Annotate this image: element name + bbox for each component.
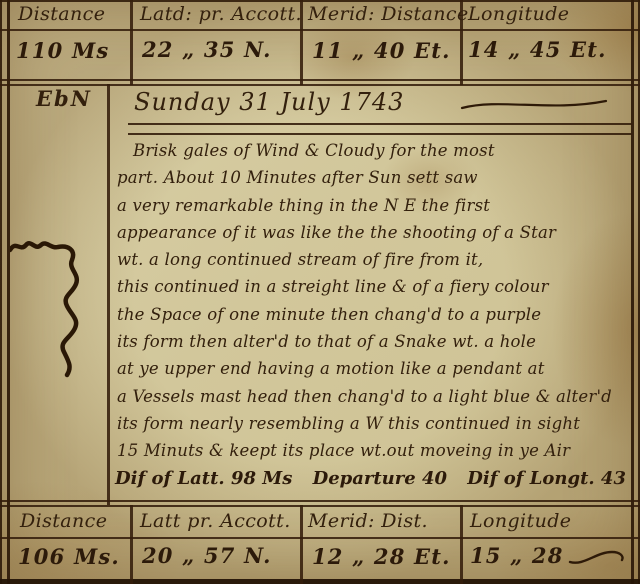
bottom-latitude-header: Latt pr. Accott. xyxy=(140,510,291,532)
top-longitude-value: 14 „ 45 Et. xyxy=(468,37,607,62)
bottom-table-top-rule-b xyxy=(0,505,640,507)
journal-line: wt. a long continued stream of fire from… xyxy=(117,250,633,277)
top-table-bottom-rule-a xyxy=(0,79,640,81)
bottom-longitude-header: Longitude xyxy=(470,510,571,532)
journal-line: a very remarkable thing in the N E the f… xyxy=(117,196,633,223)
top-meridian-header: Merid: Distance xyxy=(308,3,469,25)
journal-line: its form then alter'd to that of a Snake… xyxy=(117,332,633,359)
snake-sketch xyxy=(10,236,108,386)
top-distance-value: 110 Ms xyxy=(16,38,109,63)
bottom-table-divider-2 xyxy=(300,505,303,584)
longitude-flourish-icon xyxy=(568,548,628,568)
bottom-latitude-value: 20 „ 57 N. xyxy=(142,543,272,568)
journal-entry: Brisk gales of Wind & Cloudy for the mos… xyxy=(117,141,633,469)
dif-of-latitude: Dif of Latt. 98 Ms xyxy=(115,468,292,489)
logbook-page: Distance Latd: pr. Accott. Merid: Distan… xyxy=(0,0,640,584)
top-table-divider-1 xyxy=(130,0,133,85)
bottom-table-divider-1 xyxy=(130,505,133,584)
journal-line: a Vessels mast head then chang'd to a li… xyxy=(117,387,633,414)
journal-line: appearance of it was like the the shooti… xyxy=(117,223,633,250)
journal-line: the Space of one minute then chang'd to … xyxy=(117,305,633,332)
journal-line: part. About 10 Minutes after Sun sett sa… xyxy=(117,168,633,195)
journal-line: at ye upper end having a motion like a p… xyxy=(117,359,633,386)
departure: Departure 40 xyxy=(313,468,447,489)
top-latitude-header: Latd: pr. Accott. xyxy=(140,3,302,25)
bottom-table-header-rule xyxy=(0,537,640,539)
bottom-distance-header: Distance xyxy=(20,510,107,532)
page-border-bottom xyxy=(0,577,640,584)
date-flourish-icon xyxy=(460,96,610,114)
date-underline xyxy=(128,123,632,135)
journal-line: Brisk gales of Wind & Cloudy for the mos… xyxy=(117,141,633,168)
day-summary: Dif of Latt. 98 Ms Departure 40 Dif of L… xyxy=(115,468,626,489)
dif-of-longitude: Dif of Longt. 43 xyxy=(467,468,626,489)
bottom-meridian-header: Merid: Dist. xyxy=(308,510,428,532)
bottom-distance-value: 106 Ms. xyxy=(18,544,120,569)
bottom-table-divider-3 xyxy=(460,505,463,584)
bottom-meridian-value: 12 „ 28 Et. xyxy=(312,544,451,569)
course-made-good: EbN xyxy=(36,86,92,111)
bottom-longitude-value: 15 „ 28 xyxy=(470,543,564,568)
journal-line: its form nearly resembling a W this cont… xyxy=(117,414,633,441)
journal-line: this continued in a streight line & of a… xyxy=(117,277,633,304)
date-heading: Sunday 31 July 1743 xyxy=(134,88,404,116)
top-longitude-header: Longitude xyxy=(468,3,569,25)
top-table-header-rule xyxy=(0,29,640,31)
top-distance-header: Distance xyxy=(18,3,105,25)
top-meridian-value: 11 „ 40 Et. xyxy=(312,38,451,63)
top-table-bottom-rule-b xyxy=(0,84,640,86)
page-border-top xyxy=(0,0,640,2)
bottom-table-top-rule-a xyxy=(0,500,640,502)
journal-line: 15 Minuts & keept its place wt.out movei… xyxy=(117,441,633,468)
top-latitude-value: 22 „ 35 N. xyxy=(142,37,272,62)
